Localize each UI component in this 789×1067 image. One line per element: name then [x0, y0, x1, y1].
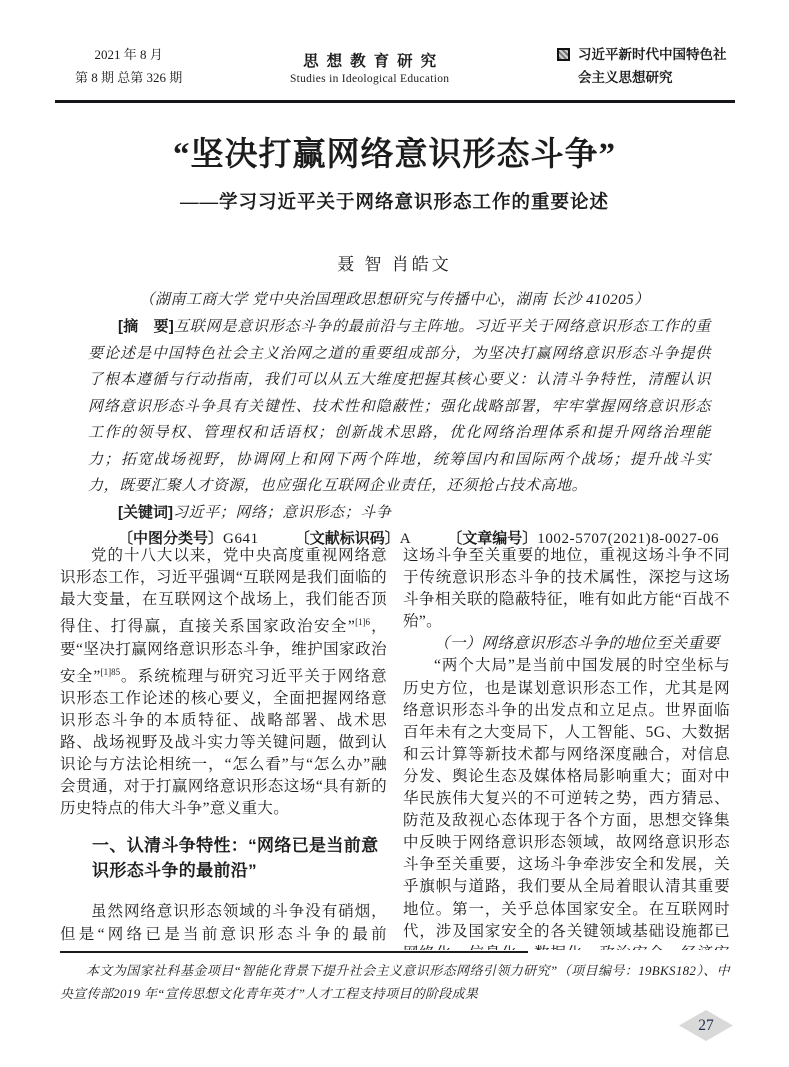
keywords-label: [关键词]: [118, 504, 173, 521]
abstract-text: 互联网是意识形态斗争的最前沿与主阵地。习近平关于网络意识形态工作的重要论述是中国…: [88, 319, 711, 494]
body-paragraph-4: “两个大局”是当前中国发展的时空坐标与历史方位，也是谋划意识形态工作，尤其是网络…: [403, 655, 730, 950]
keywords-text: 习近平；网络；意识形态；斗争: [173, 505, 391, 521]
article-title: “坚决打赢网络意识形态斗争”: [0, 128, 789, 175]
page-header: 2021 年 8 月 第 8 期 总第 326 期 思想教育研究 Studies…: [55, 44, 735, 103]
article-body: 党的十八大以来，党中央高度重视网络意识形态工作，习近平强调“互联网是我们面临的最…: [60, 545, 730, 950]
hatched-square-icon: [557, 48, 570, 61]
body-paragraph-1: 党的十八大以来，党中央高度重视网络意识形态工作，习近平强调“互联网是我们面临的最…: [60, 545, 387, 820]
paragraph-text: 党的十八大以来，党中央高度重视网络意识形态工作，习近平强调“互联网是我们面临的最…: [60, 547, 387, 635]
article-authors: 聂 智 肖皓文: [0, 250, 789, 275]
front-matter: “坚决打赢网络意识形态斗争” ——学习习近平关于网络意识形态工作的重要论述 聂 …: [0, 128, 789, 309]
abstract-block: [摘 要]互联网是意识形态斗争的最前沿与主阵地。习近平关于网络意识形态工作的重要…: [88, 314, 711, 553]
abstract-paragraph: [摘 要]互联网是意识形态斗争的最前沿与主阵地。习近平关于网络意识形态工作的重要…: [88, 314, 711, 500]
special-column-banner: 习近平新时代中国特色社会主义思想研究: [557, 44, 735, 90]
citation-mark: [1]6: [355, 617, 370, 627]
footnote-text: 本文为国家社科基金项目“智能化背景下提升社会主义意识形态网络引领力研究”（项目编…: [60, 959, 730, 1005]
citation-mark: [1]85: [101, 667, 121, 677]
special-column-label: 习近平新时代中国特色社会主义思想研究: [578, 44, 735, 90]
left-column: 党的十八大以来，党中央高度重视网络意识形态工作，习近平强调“互联网是我们面临的最…: [60, 545, 387, 950]
keywords-line: [关键词]习近平；网络；意识形态；斗争: [88, 500, 711, 527]
paragraph-text: 。系统梳理与研究习近平关于网络意识形态工作论述的核心要义，全面把握网络意识形态斗…: [60, 668, 387, 818]
journal-title-en: Studies in Ideological Education: [290, 73, 449, 85]
journal-title-cn: 思想教育研究: [290, 49, 449, 71]
body-paragraph-2: 虽然网络意识形态领域的斗争没有硝烟，但是“网络已是当前意识形态斗争的最前沿”[2…: [60, 901, 387, 950]
issue-number: 第 8 期 总第 326 期: [75, 67, 182, 90]
abstract-label: [摘 要]: [118, 318, 174, 335]
page-number: 27: [698, 1017, 714, 1035]
journal-title-block: 思想教育研究 Studies in Ideological Education: [290, 49, 449, 85]
footnote-area: 本文为国家社科基金项目“智能化背景下提升社会主义意识形态网络引领力研究”（项目编…: [60, 951, 730, 1005]
page-number-badge: 27: [679, 1010, 733, 1041]
article-subtitle: ——学习习近平关于网络意识形态工作的重要论述: [0, 188, 789, 214]
body-paragraph-3: 这场斗争至关重要的地位，重视这场斗争不同于传统意识形态斗争的技术属性，深挖与这场…: [403, 545, 730, 633]
article-affiliation: （湖南工商大学 党中央治国理政思想研究与传播中心，湖南 长沙 410205）: [0, 288, 789, 309]
issue-info: 2021 年 8 月 第 8 期 总第 326 期: [75, 44, 182, 90]
paragraph-text: 虽然网络意识形态领域的斗争没有硝烟，但是“网络已是当前意识形态斗争的最前沿”: [60, 903, 387, 950]
journal-page: 2021 年 8 月 第 8 期 总第 326 期 思想教育研究 Studies…: [0, 0, 789, 1067]
footnote-rule: [60, 951, 528, 953]
issue-date: 2021 年 8 月: [75, 44, 182, 67]
right-column: 这场斗争至关重要的地位，重视这场斗争不同于传统意识形态斗争的技术属性，深挖与这场…: [403, 545, 730, 950]
sub-section-heading-1: （一）网络意识形态斗争的地位至关重要: [403, 633, 730, 655]
section-heading-1: 一、认清斗争特性：“网络已是当前意识形态斗争的最前沿”: [92, 833, 381, 883]
